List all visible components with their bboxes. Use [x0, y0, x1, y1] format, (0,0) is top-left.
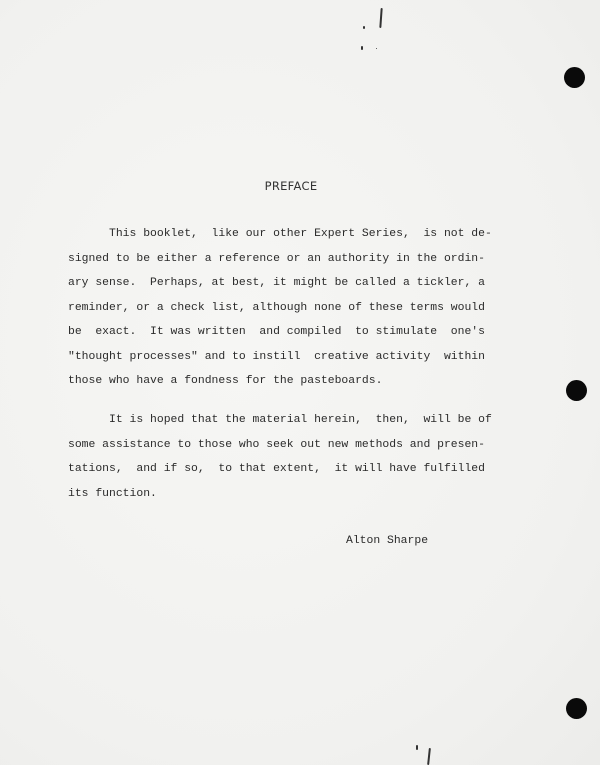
text-line: reminder, or a check list, although none… — [68, 296, 516, 321]
text-line: some assistance to those who seek out ne… — [68, 433, 516, 458]
paragraph-2: It is hoped that the material herein, th… — [68, 408, 516, 506]
scan-artifact-mark — [361, 46, 363, 50]
text-line: "thought processes" and to instill creat… — [68, 345, 516, 370]
scan-artifact-mark — [416, 745, 418, 750]
text-line: those who have a fondness for the pasteb… — [68, 369, 516, 394]
page-title: PREFACE — [0, 179, 582, 193]
scan-artifact-mark — [379, 8, 382, 28]
scan-artifact-mark — [427, 748, 431, 765]
text-line: be exact. It was written and compiled to… — [68, 320, 516, 345]
scanned-page: PREFACE This booklet, like our other Exp… — [0, 0, 600, 765]
text-line: its function. — [68, 482, 516, 507]
text-line: It is hoped that the material herein, th… — [68, 408, 516, 433]
punch-hole-middle — [566, 380, 587, 401]
punch-hole-top — [564, 67, 585, 88]
scan-artifact-mark — [363, 26, 365, 29]
text-line: ary sense. Perhaps, at best, it might be… — [68, 271, 516, 296]
text-line: This booklet, like our other Expert Seri… — [68, 222, 516, 247]
author-signature: Alton Sharpe — [346, 535, 428, 547]
scan-artifact-mark — [376, 48, 377, 49]
punch-hole-bottom — [566, 698, 587, 719]
paragraph-1: This booklet, like our other Expert Seri… — [68, 222, 516, 394]
text-line: signed to be either a reference or an au… — [68, 247, 516, 272]
text-line: tations, and if so, to that extent, it w… — [68, 457, 516, 482]
